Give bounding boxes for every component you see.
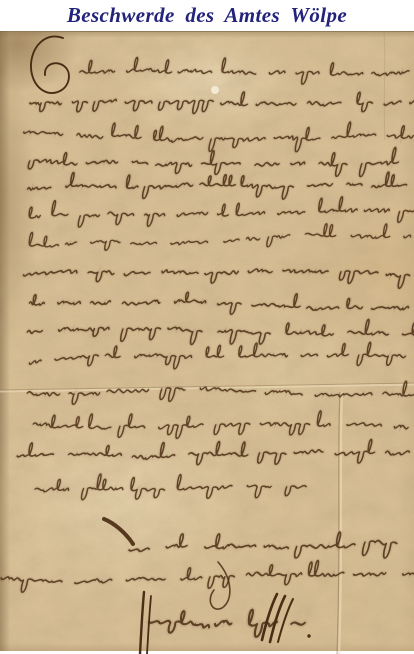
scanned-document-page: Beschwerde des Amtes Wölpe <box>0 0 414 654</box>
page-title: Beschwerde des Amtes Wölpe <box>67 3 347 28</box>
manuscript-paper <box>0 31 414 651</box>
title-band: Beschwerde des Amtes Wölpe <box>0 0 414 31</box>
